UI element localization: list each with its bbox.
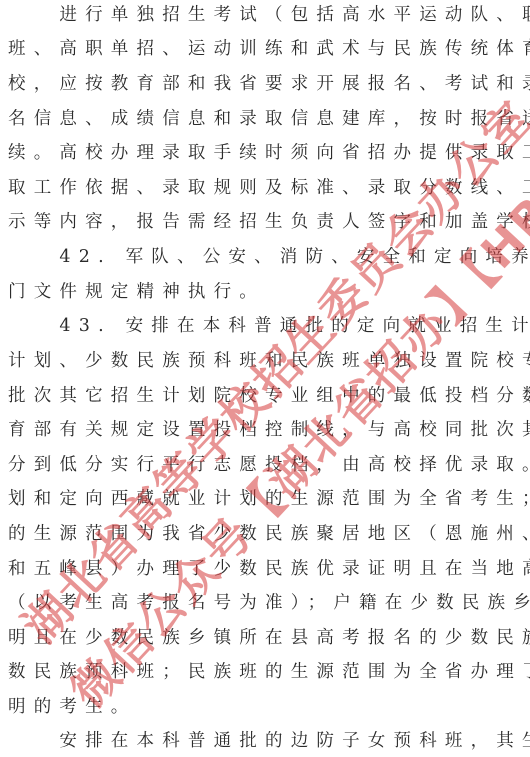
- text-line: 校，应按教育部和我省要求开展报名、考试和录取工作，并将报: [8, 67, 530, 101]
- text-line: 示等内容，报告需经招生负责人签字和加盖学校公章。: [8, 205, 530, 239]
- text-line: 续。高校办理录取手续时须向省招办提供录取工作报告，包括录: [8, 136, 530, 170]
- text-line: 名信息、成绩信息和录取信息建库，按时报省送招办办理录取手: [8, 102, 530, 136]
- text-line: 计划、少数民族预科班和民族班单独设置院校专业组，以高校同: [8, 344, 530, 378]
- text-line: 进行单独招生考试（包括高水平运动队、职教师资、少年: [8, 0, 530, 32]
- text-line: 分到低分实行平行志愿投档，由高校择优录取。定向就业招生计: [8, 448, 530, 482]
- text-line: 门文件规定精神执行。: [8, 275, 265, 309]
- text-line: 数民族预科班；民族班的生源范围为全省办理了少数民族优录证: [8, 655, 530, 689]
- document-page: 进行单独招生考试（包括高水平运动队、职教师资、少年 班、高职单招、运动训练和武术…: [0, 0, 530, 757]
- text-line: （以考生高考报名号为准）；户籍在少数民族乡镇、办理了优录证: [8, 586, 530, 620]
- text-line: 划和定向西藏就业计划的生源范围为全省考生；少数民族预科班: [8, 482, 530, 516]
- text-line: 明的考生。: [8, 690, 137, 724]
- text-line: 取工作依据、录取规则及标准、录取分数线、工作程序、是否公: [8, 171, 530, 205]
- text-line: 的生源范围为我省少数民族聚居地区（恩施州、宜昌市的长阳县: [8, 517, 530, 551]
- text-line: 班、高职单招、运动训练和武术与民族传统体育专业等）的高: [8, 32, 530, 66]
- text-line: 育部有关规定设置投档控制线，与高校同批次其它计划一起从高: [8, 413, 530, 447]
- text-line: 批次其它招生计划院校专业组中的最低投档分数线为标准，按教: [8, 379, 530, 413]
- text-line: 和五峰县）办理了少数民族优录证明且在当地高考报名的考生: [8, 552, 530, 586]
- text-line: 安排在本科普通批的边防子女预科班，其生源范围、投档控: [8, 724, 530, 757]
- text-line: 明且在少数民族乡镇所在县高考报名的少数民族考生，可报考少: [8, 621, 530, 655]
- text-line: 42. 军队、公安、消防、安全和定向培养军士招生按有关部: [8, 240, 530, 274]
- text-line: 43. 安排在本科普通批的定向就业招生计划、定向西藏就业: [8, 309, 530, 343]
